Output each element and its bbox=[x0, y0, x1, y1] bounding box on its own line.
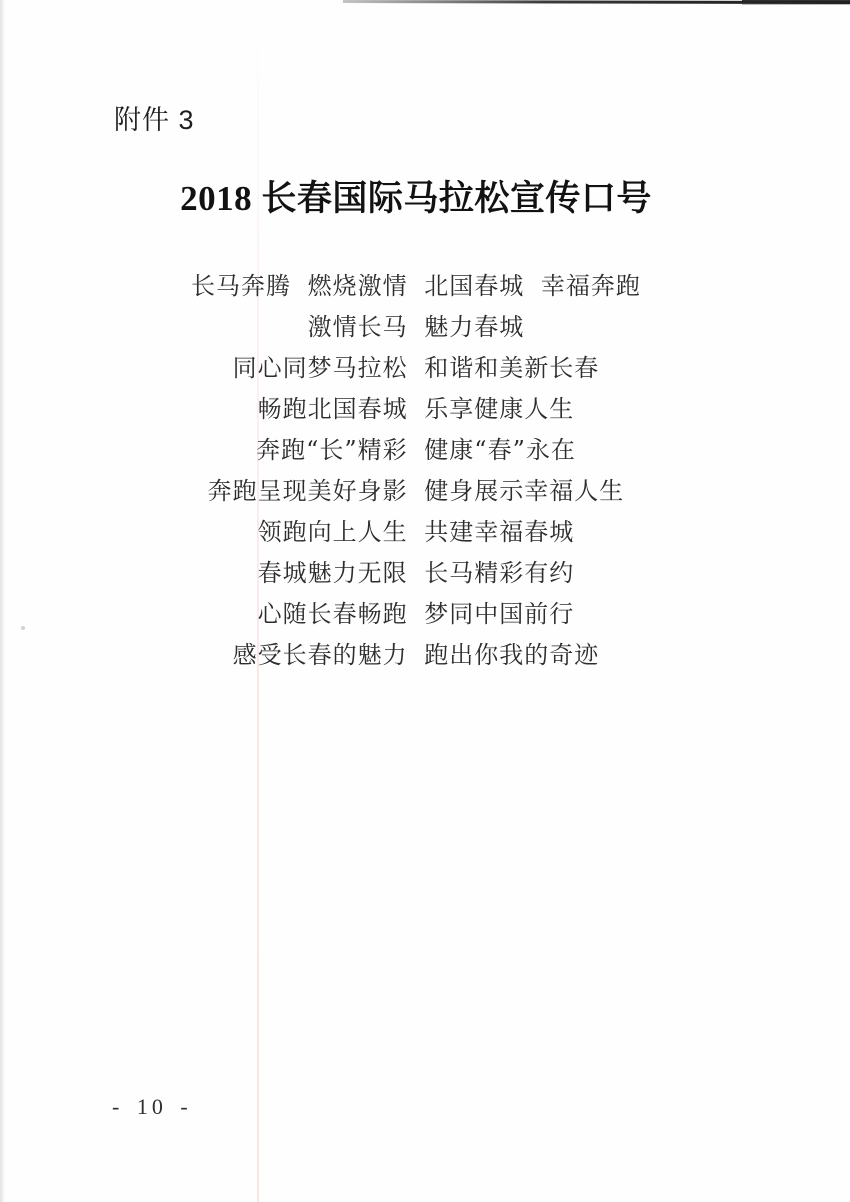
slogan-line: 激情长马 魅力春城 bbox=[0, 307, 832, 348]
slogan-line: 领跑向上人生 共建幸福春城 bbox=[0, 512, 832, 553]
slogan-line: 奔跑“长”精彩 健康“春”永在 bbox=[0, 430, 832, 471]
slogan-line: 感受长春的魅力 跑出你我的奇迹 bbox=[0, 635, 832, 676]
slogan-line: 同心同梦马拉松 和谐和美新长春 bbox=[0, 348, 832, 389]
slogan-line: 奔跑呈现美好身影 健身展示幸福人生 bbox=[0, 471, 832, 512]
slogan-line: 长马奔腾 燃烧激情 北国春城 幸福奔跑 bbox=[0, 266, 832, 307]
page-title: 2018 长春国际马拉松宣传口号 bbox=[0, 179, 832, 219]
slogan-line: 春城魅力无限 长马精彩有约 bbox=[0, 553, 832, 594]
slogan-line: 心随长春畅跑 梦同中国前行 bbox=[0, 594, 832, 635]
page-number: - 10 - bbox=[112, 1094, 192, 1120]
attachment-label: 附件 3 bbox=[114, 104, 195, 136]
document-content: 附件 3 2018 长春国际马拉松宣传口号 长马奔腾 燃烧激情 北国春城 幸福奔… bbox=[0, 0, 832, 1202]
slogan-list: 长马奔腾 燃烧激情 北国春城 幸福奔跑 激情长马 魅力春城 同心同梦马拉松 和谐… bbox=[0, 266, 832, 676]
scanned-document-page: 附件 3 2018 长春国际马拉松宣传口号 长马奔腾 燃烧激情 北国春城 幸福奔… bbox=[0, 0, 850, 1202]
slogan-line: 畅跑北国春城 乐享健康人生 bbox=[0, 389, 832, 430]
